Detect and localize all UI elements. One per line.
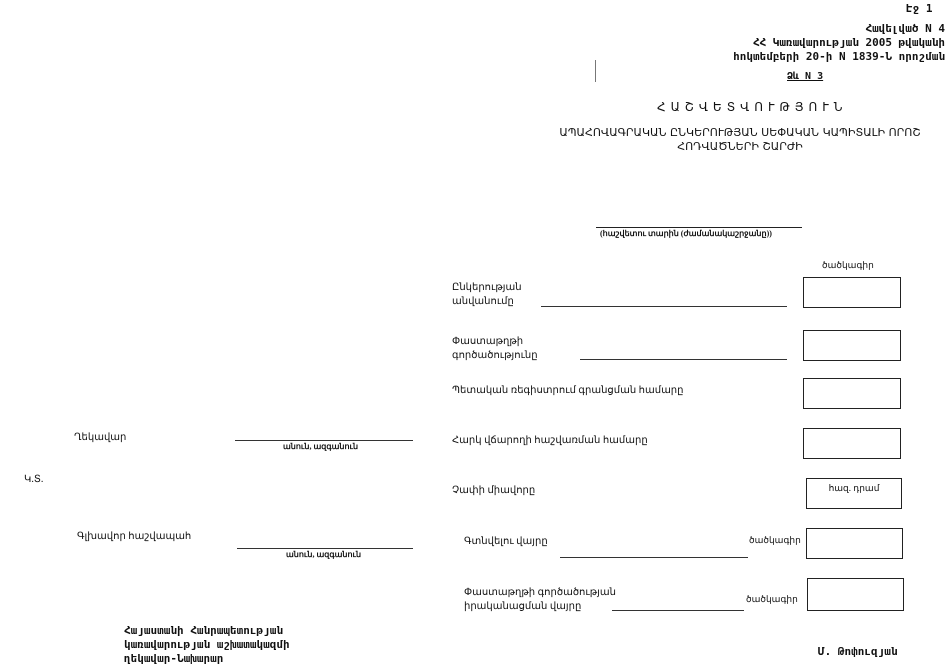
company-name-line[interactable] xyxy=(541,306,787,307)
document-usage-line[interactable] xyxy=(580,359,787,360)
signatory-name: Մ. Թոփուզյան xyxy=(818,645,897,658)
location-code-box[interactable] xyxy=(806,528,903,559)
location-code-label: ծածկագիր xyxy=(749,535,801,546)
footer-official-title: Հայաստանի Հանրապետության կառավարության ա… xyxy=(124,624,290,666)
appendix-line: Հավելված N 4 xyxy=(733,22,945,36)
accountant-signature-line[interactable] xyxy=(237,548,413,549)
appendix-line: հոկտեմբերի 20-ի N 1839-Ն որոշման xyxy=(733,50,945,64)
reporting-period-caption: (հաշվետու տարին (ժամանակաշրջանը)) xyxy=(600,229,772,238)
execution-place-code-label: ծածկագիր xyxy=(746,594,798,605)
form-number: Ձև N 3 xyxy=(787,71,823,82)
document-subtitle: ԱՊԱՀՈՎԱԳՐԱԿԱՆ ԸՆԿԵՐՈՒԹՅԱՆ ՍԵՓԱԿԱՆ ԿԱՊԻՏԱ… xyxy=(532,126,948,154)
location-line[interactable] xyxy=(560,557,748,558)
execution-place-line[interactable] xyxy=(612,610,744,611)
appendix-header: Հավելված N 4 ՀՀ Կառավարության 2005 թվակա… xyxy=(733,22,945,64)
codes-column-header: ծածկագիր xyxy=(822,260,874,271)
field-label-registry-number: Պետական ռեգիստրում գրանցման համարը xyxy=(452,384,683,398)
unit-of-measure-box: հազ. դրամ xyxy=(806,478,902,509)
field-label-location: Գտնվելու վայրը xyxy=(464,535,548,549)
page-number: Էջ 1 xyxy=(906,2,933,15)
reporting-period-line[interactable] xyxy=(596,227,802,228)
head-signature-line[interactable] xyxy=(235,440,413,441)
document-usage-code-box[interactable] xyxy=(803,330,901,361)
field-label-unit-of-measure: Չափի միավորը xyxy=(452,484,535,498)
document-title: ՀԱՇՎԵՏՎՈՒԹՅՈՒՆ xyxy=(657,100,847,114)
registry-number-box[interactable] xyxy=(803,378,901,409)
head-signature-label: Ղեկավար xyxy=(74,432,126,443)
field-label-company-name: Ընկերության անվանումը xyxy=(452,281,522,309)
scan-artifact xyxy=(595,60,596,82)
company-name-code-box[interactable] xyxy=(803,277,901,308)
head-signature-caption: անուն, ազգանուն xyxy=(283,442,358,451)
field-label-taxpayer-number: Հարկ վճարողի հաշվառման համարը xyxy=(452,434,648,448)
appendix-line: ՀՀ Կառավարության 2005 թվականի xyxy=(733,36,945,50)
field-label-document-usage: Փաստաթղթի գործածությունը xyxy=(452,335,538,363)
field-label-execution-place: Փաստաթղթի գործածության իրականացման վայրը xyxy=(464,586,616,614)
stamp-placeholder: Կ.Տ. xyxy=(24,474,43,485)
accountant-signature-caption: անուն, ազգանուն xyxy=(286,550,361,559)
execution-place-code-box[interactable] xyxy=(807,578,904,611)
taxpayer-number-box[interactable] xyxy=(803,428,901,459)
accountant-signature-label: Գլխավոր հաշվապահ xyxy=(77,531,191,542)
